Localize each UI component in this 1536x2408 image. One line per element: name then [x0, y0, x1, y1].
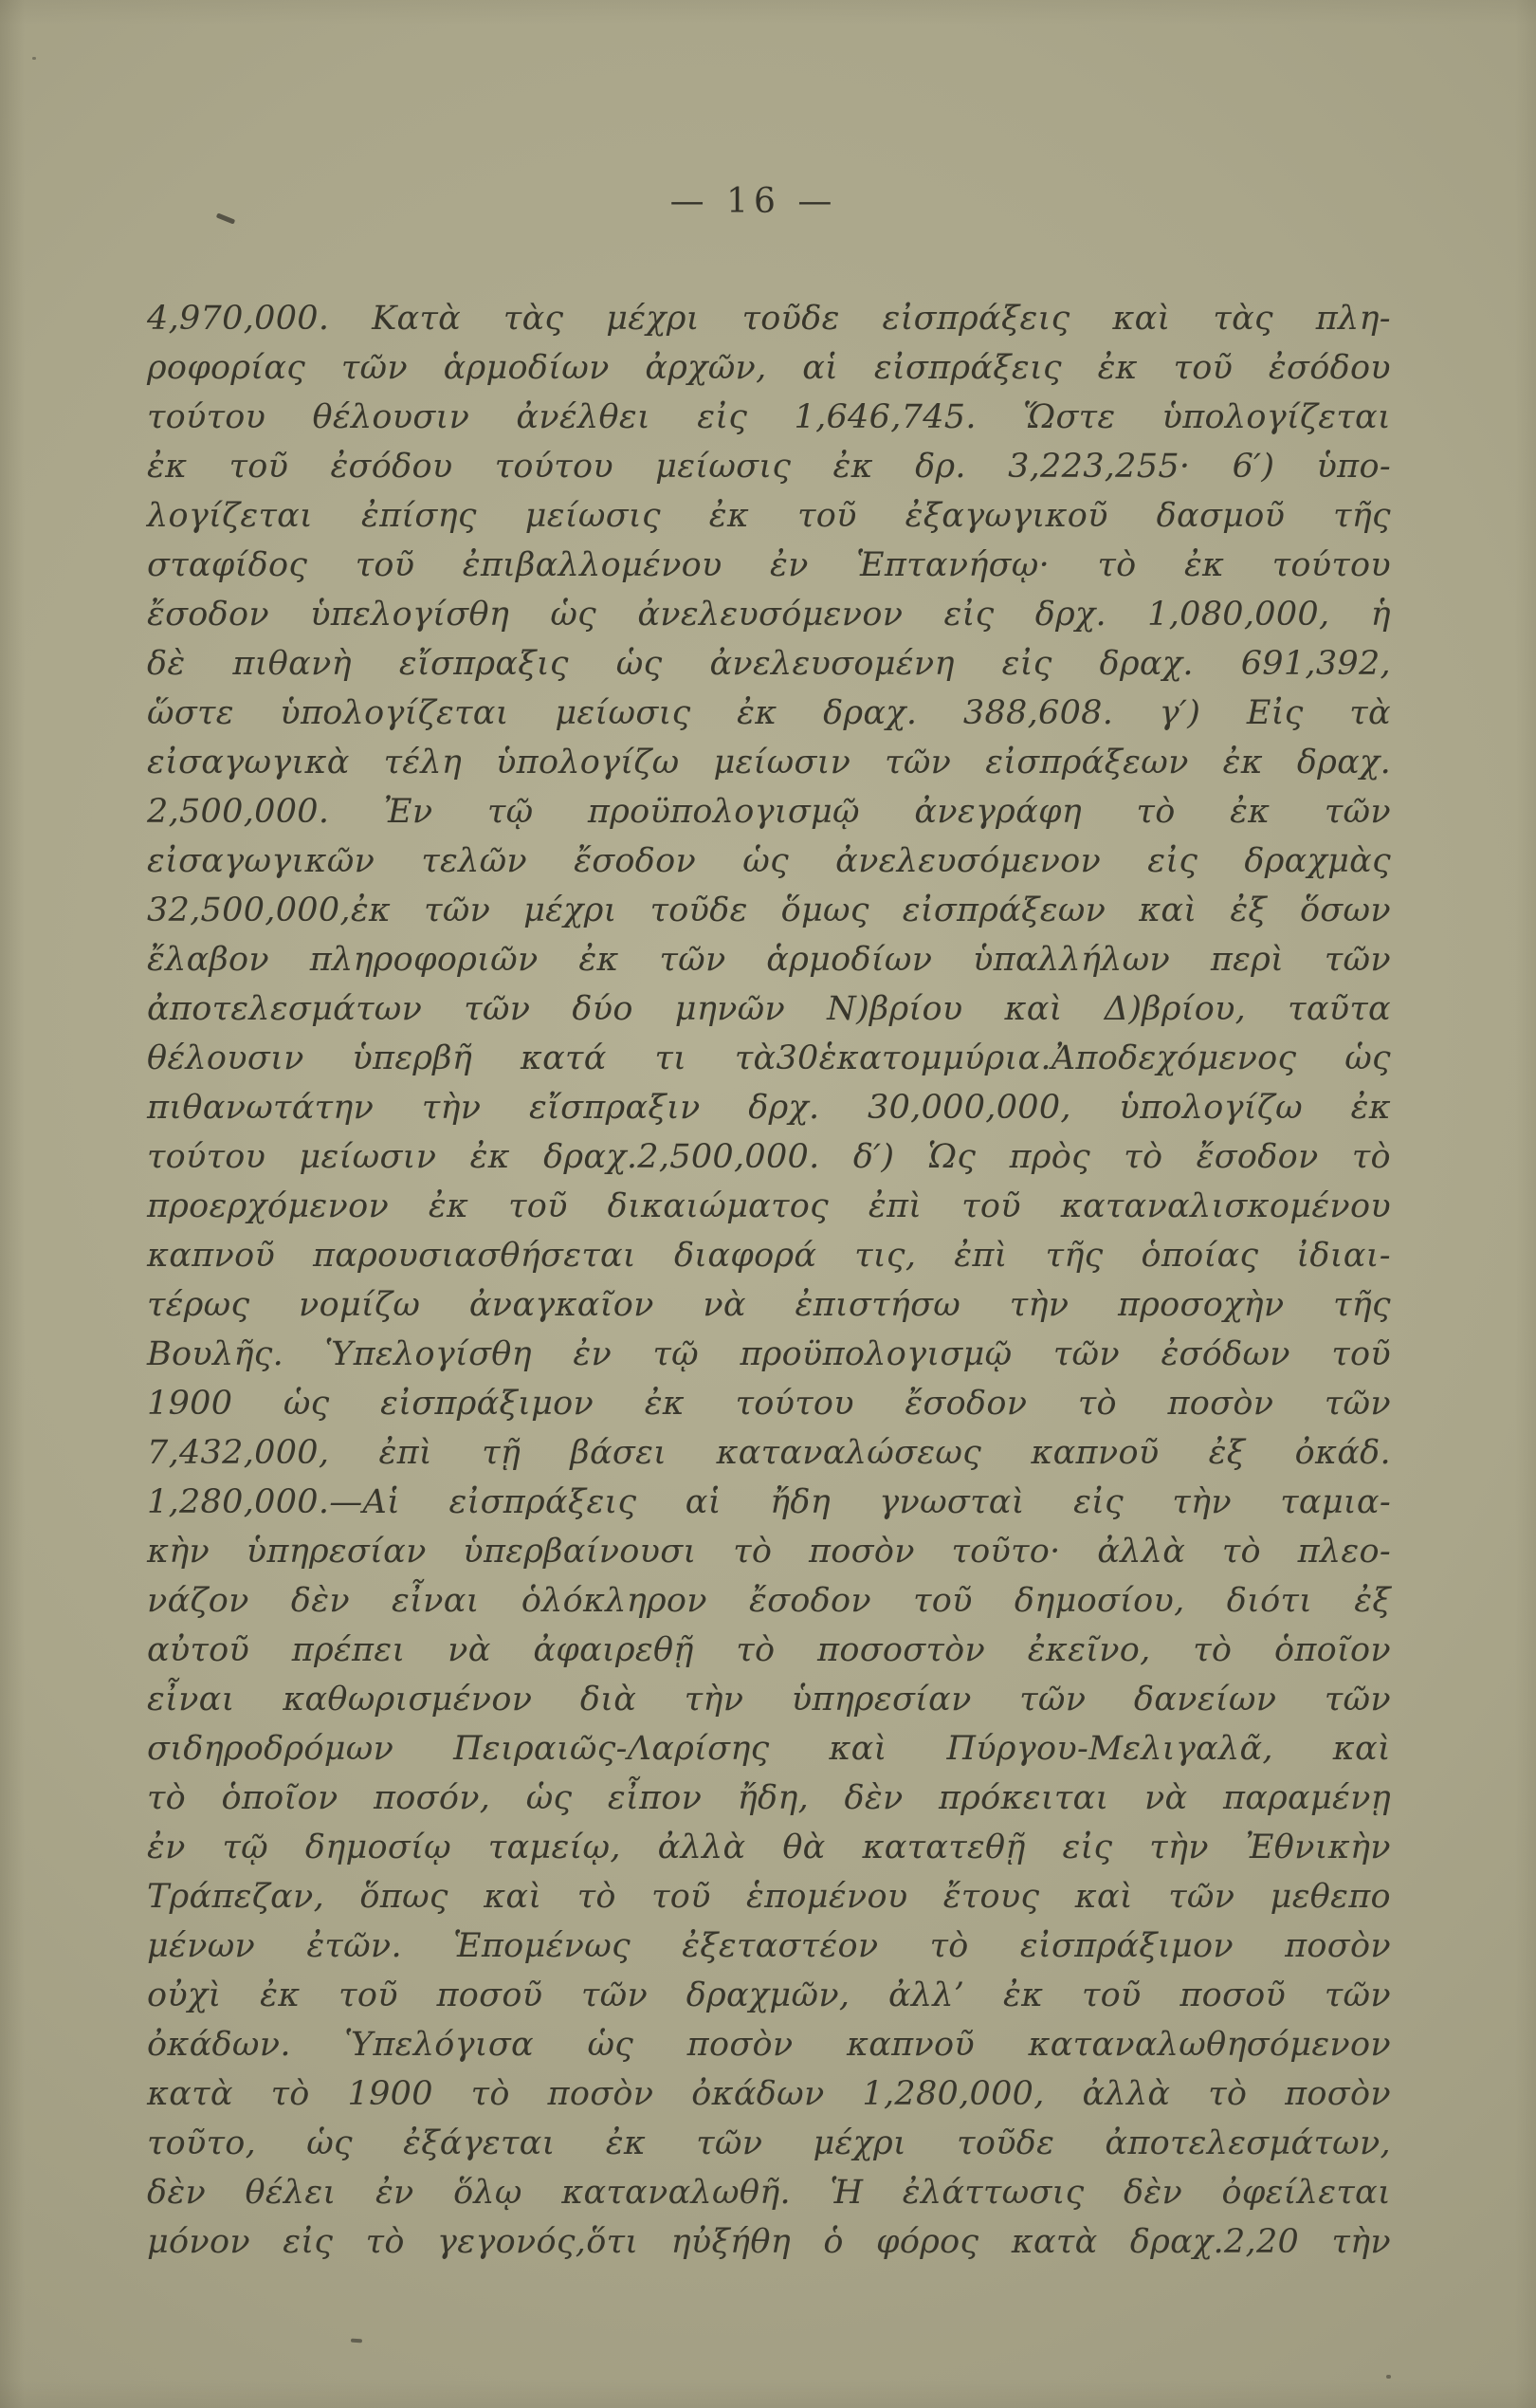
text-line: ἐντῷδημοσίῳταμείῳ,ἀλλὰθὰκατατεθῇεἰςτὴνἘθ… — [147, 1823, 1391, 1872]
ink-speck — [32, 57, 36, 60]
ink-speck — [351, 2339, 362, 2344]
text-line: σταφίδοςτοῦἐπιβαλλομένουἐνἙπτανήσῳ·τὸἐκτ… — [147, 541, 1391, 590]
text-line: κὴνὑπηρεσίανὑπερβαίνουσιτὸποσὸντοῦτο·ἀλλ… — [147, 1527, 1391, 1576]
text-line: 7,432,000,ἐπὶτῇβάσεικαταναλώσεωςκαπνοῦἐξ… — [147, 1428, 1391, 1478]
text-line: θέλουσινὑπερβῆκατάτιτὰ30ἑκατομμύρια.Ἀποδ… — [147, 1034, 1391, 1083]
text-line: 2,500,000.Ἐντῷπροϋπολογισμῷἀνεγράφητὸἐκτ… — [147, 787, 1391, 836]
text-line: λογίζεταιἐπίσηςμείωσιςἐκτοῦἐξαγωγικοῦδασ… — [147, 491, 1391, 541]
text-line: Τράπεζαν,ὅπωςκαὶτὸτοῦἑπομένουἔτουςκαὶτῶν… — [147, 1872, 1391, 1921]
text-line: 4,970,000.Κατὰτὰςμέχριτοῦδεεἰσπράξειςκαὶ… — [147, 294, 1391, 343]
text-line: μόνονεἰςτὸγεγονός,ὅτιηὐξήθηὁφόροςκατὰδρα… — [147, 2217, 1391, 2267]
text-line: εἰσαγωγικῶντελῶνἔσοδονὡςἀνελευσόμενονεἰς… — [147, 836, 1391, 886]
text-line: νάζονδὲνεἶναιὁλόκληρονἔσοδοντοῦδημοσίου,… — [147, 1576, 1391, 1626]
text-line: κατὰτὸ1900τὸποσὸνὀκάδων1,280,000,ἀλλὰτὸπ… — [147, 2069, 1391, 2119]
text-line: ὥστεὑπολογίζεταιμείωσιςἐκδραχ.388,608.γ′… — [147, 689, 1391, 738]
text-line: ἐκτοῦἐσόδουτούτουμείωσιςἐκδρ.3,223,255·6… — [147, 442, 1391, 491]
text-line: οὐχὶἐκτοῦποσοῦτῶνδραχμῶν,ἀλλ’ἐκτοῦποσοῦτ… — [147, 1971, 1391, 2020]
text-line: καπνοῦπαρουσιασθήσεταιδιαφοράτις,ἐπὶτῆςὁ… — [147, 1231, 1391, 1280]
text-line: 1,280,000.—Αἱεἰσπράξειςαἱἤδηγνωσταὶεἰςτὴ… — [147, 1478, 1391, 1527]
text-line: τέρωςνομίζωἀναγκαῖοννὰἐπιστήσωτὴνπροσοχὴ… — [147, 1280, 1391, 1330]
text-line: Βουλῆς.Ὑπελογίσθηἐντῷπροϋπολογισμῷτῶνἐσό… — [147, 1330, 1391, 1379]
text-line: ἔσοδονὑπελογίσθηὡςἀνελευσόμενονεἰςδρχ.1,… — [147, 590, 1391, 639]
text-line: τοῦτο,ὡςἐξάγεταιἐκτῶνμέχριτοῦδεἀποτελεσμ… — [147, 2119, 1391, 2168]
text-line: μένωνἐτῶν.Ἑπομένωςἐξεταστέοντὸεἰσπράξιμο… — [147, 1921, 1391, 1971]
scanned-page: — 16 — 4,970,000.Κατὰτὰςμέχριτοῦδεεἰσπρά… — [0, 0, 1536, 2408]
text-line: τούτουθέλουσινἀνέλθειεἰς1,646,745.Ὥστεὑπ… — [147, 393, 1391, 442]
text-line: ὀκάδων.Ὑπελόγισαὡςποσὸνκαπνοῦκαταναλωθησ… — [147, 2020, 1391, 2069]
text-line: πιθανωτάτηντὴνεἴσπραξινδρχ.30,000,000,ὑπ… — [147, 1083, 1391, 1132]
text-line: ροφορίαςτῶνἁρμοδίωνἀρχῶν,αἱεἰσπράξειςἐκτ… — [147, 343, 1391, 393]
text-line: αὐτοῦπρέπεινὰἀφαιρεθῇτὸποσοστὸνἐκεῖνο,τὸ… — [147, 1626, 1391, 1675]
text-line: 32,500,000,ἐκτῶνμέχριτοῦδεὅμωςεἰσπράξεων… — [147, 886, 1391, 935]
text-line: τὸὁποῖονποσόν,ὡςεἶπονἤδη,δὲνπρόκειταινὰπ… — [147, 1774, 1391, 1823]
text-line: δὲπιθανὴεἴσπραξιςὡςἀνελευσομένηεἰςδραχ.6… — [147, 639, 1391, 689]
text-line: δὲνθέλειἐνὅλῳκαταναλωθῆ.Ἡἐλάττωσιςδὲνὀφε… — [147, 2168, 1391, 2217]
text-line: ἔλαβονπληροφοριῶνἐκτῶνἁρμοδίωνὑπαλλήλωνπ… — [147, 935, 1391, 984]
text-line: εἰσαγωγικὰτέληὑπολογίζωμείωσιντῶνεἰσπράξ… — [147, 738, 1391, 787]
body-text: 4,970,000.Κατὰτὰςμέχριτοῦδεεἰσπράξειςκαὶ… — [147, 294, 1391, 2267]
text-line: εἶναικαθωρισμένονδιὰτὴνὑπηρεσίαντῶνδανεί… — [147, 1675, 1391, 1724]
text-line: προερχόμενονἐκτοῦδικαιώματοςἐπὶτοῦκατανα… — [147, 1182, 1391, 1231]
text-line: 1900ὡςεἰσπράξιμονἐκτούτουἔσοδοντὸποσὸντῶ… — [147, 1379, 1391, 1428]
text-line: ἀποτελεσμάτωντῶνδύομηνῶνΝ)βρίουκαὶΔ)βρίο… — [147, 984, 1391, 1034]
text-line: σιδηροδρόμωνΠειραιῶς-ΛαρίσηςκαὶΠύργου-Με… — [147, 1724, 1391, 1774]
text-line: τούτουμείωσινἐκδραχ.2,500,000.δ′)Ὡςπρὸςτ… — [147, 1132, 1391, 1182]
page-number: — 16 — — [142, 182, 1365, 221]
ink-speck — [1386, 2375, 1391, 2379]
